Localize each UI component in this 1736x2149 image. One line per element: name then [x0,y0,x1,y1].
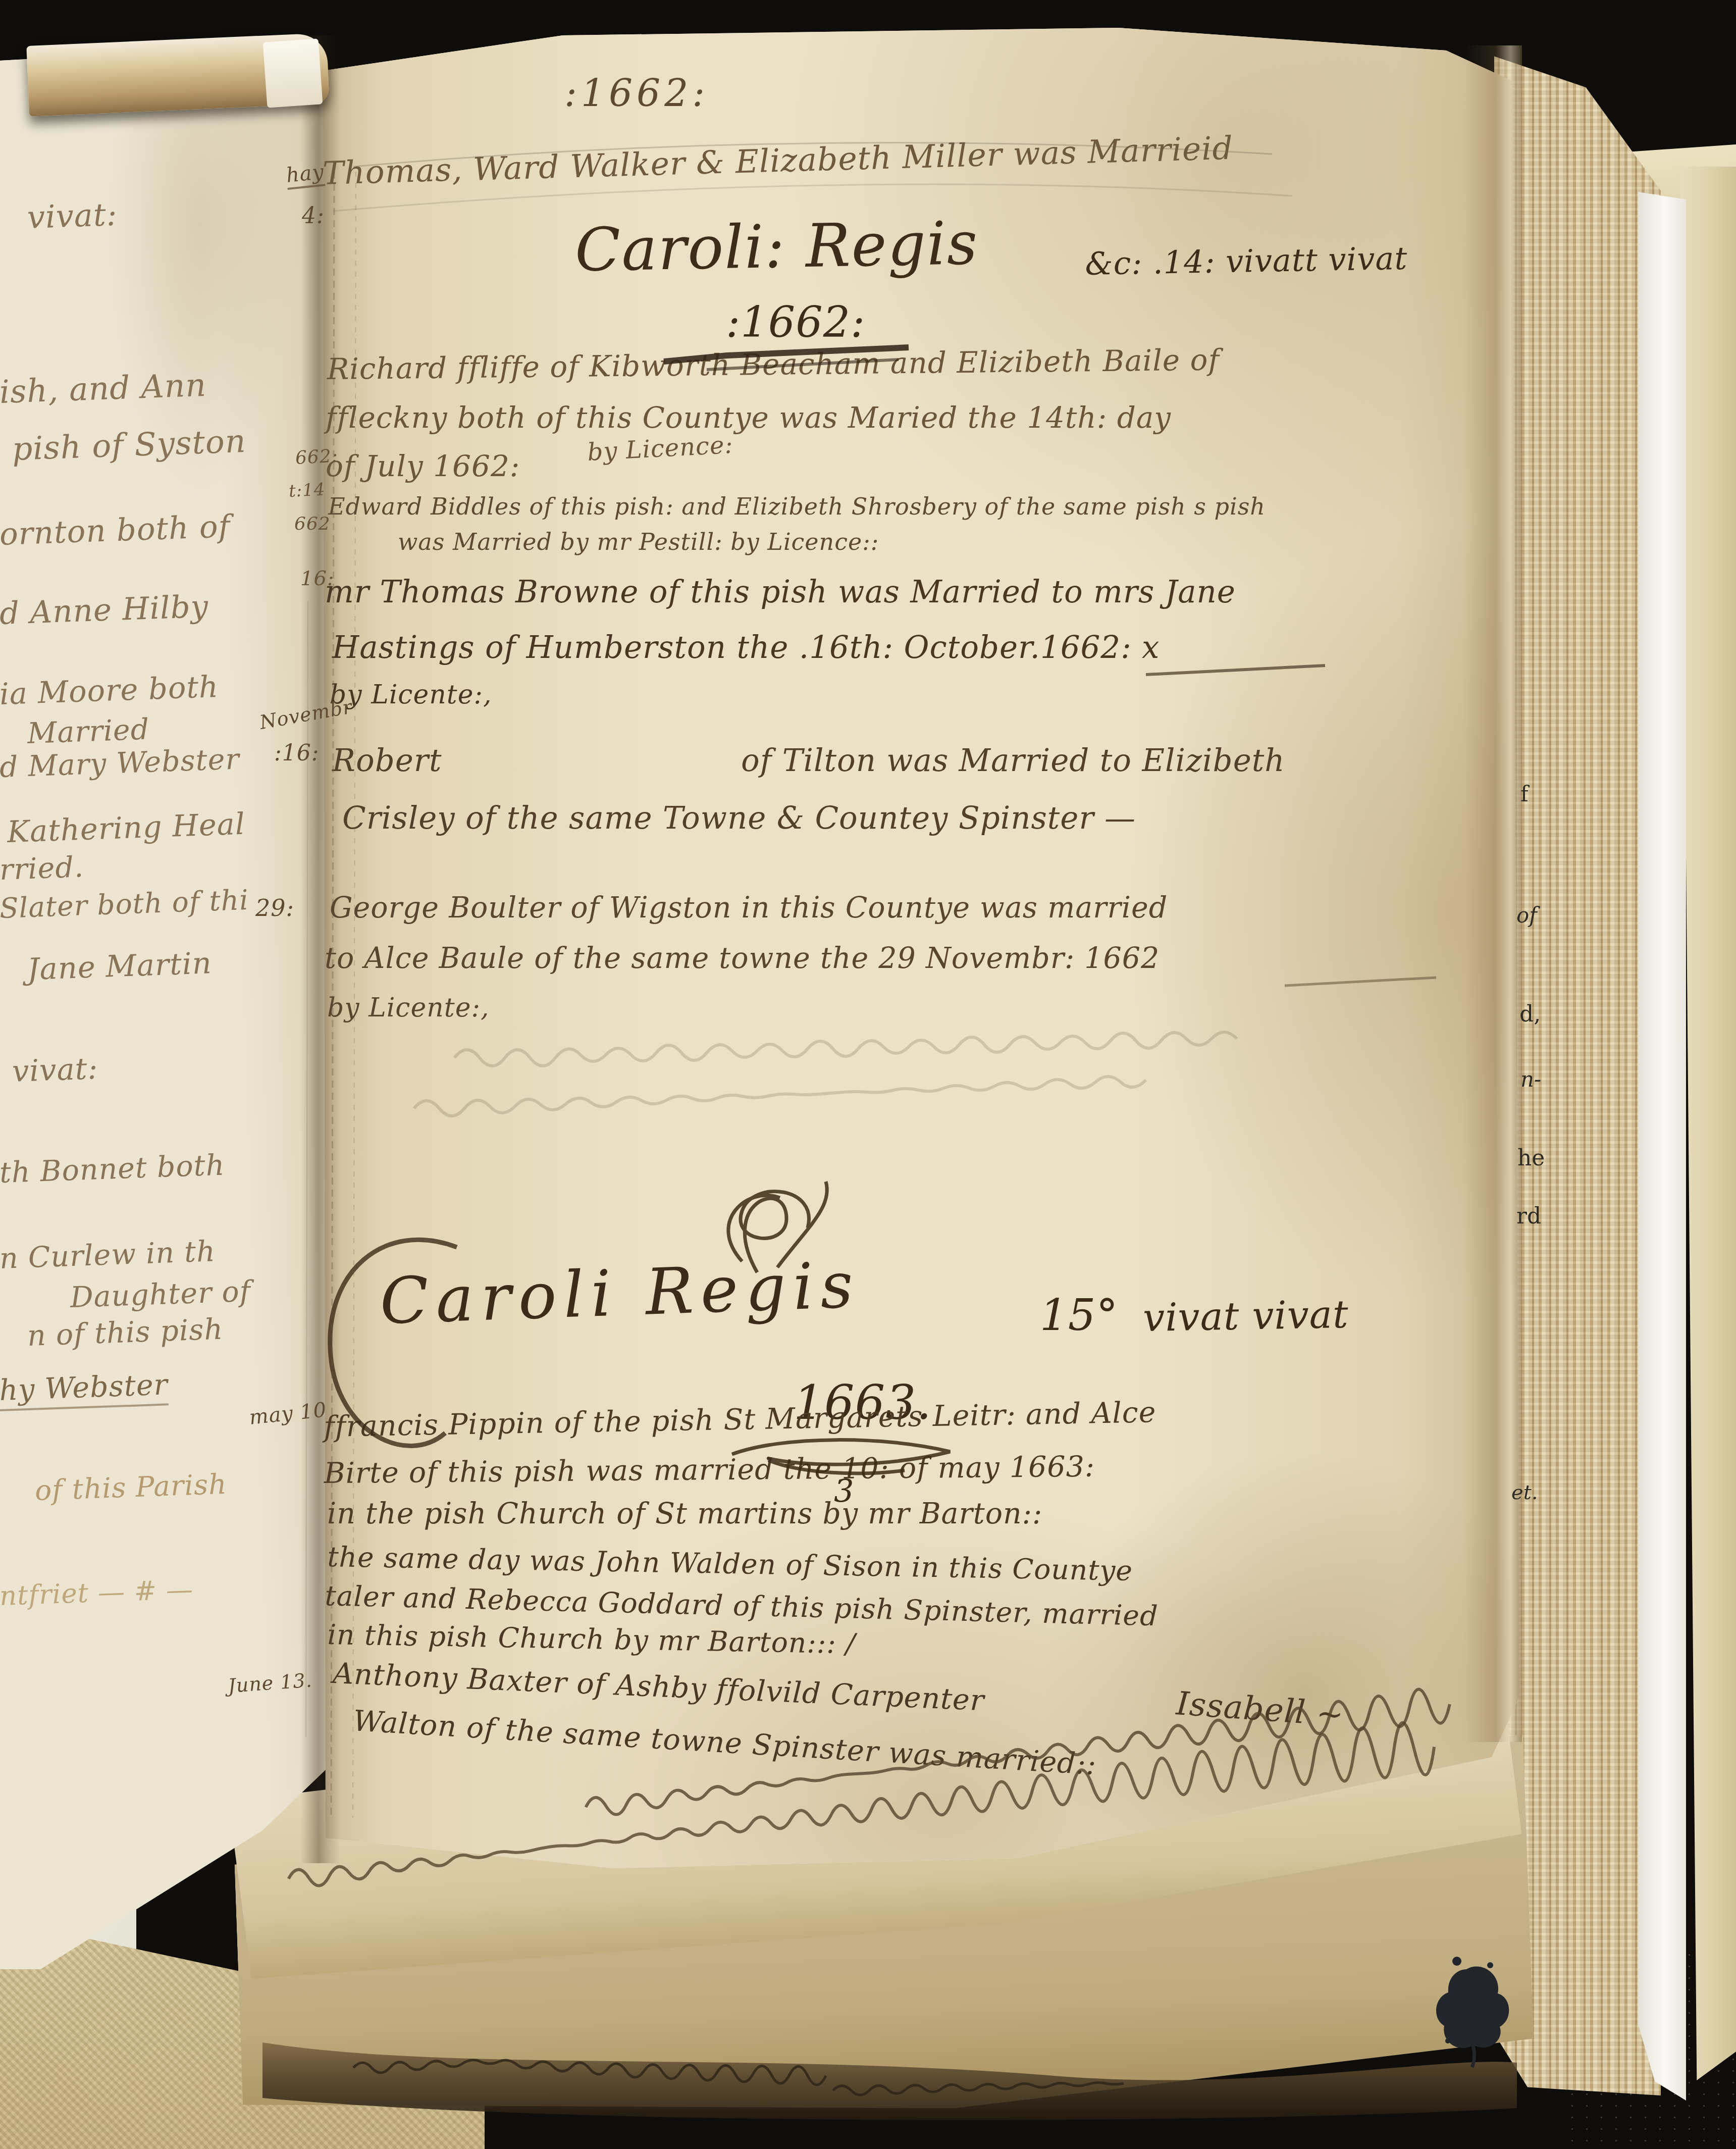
regnal-heading-title: Caroli Regis [379,1253,861,1334]
margin-note: 4: [302,205,325,227]
margin-note: 662 [294,515,331,533]
manuscript-line: to Alce Baule of the same towne the 29 N… [325,944,1160,973]
manuscript-line: Richard ffliffe of Kibworth Beacham and … [327,345,1220,384]
manuscript-line: ntfriet — # — [0,1576,194,1610]
manuscript-line: Issabell ~ [1175,1687,1345,1731]
manuscript-line: ia Moore both [0,672,219,709]
regnal-heading-acclaim: vivat vivat [1143,1295,1349,1337]
manuscript-line: Thomas, Ward Walker & Elizabeth Miller w… [322,132,1233,189]
manuscript-line: Crisley of the same Towne & Countey Spin… [342,803,1136,834]
manuscript-line: of Tilton was Married to Elizibeth [741,745,1285,776]
manuscript-line: n of this pish [27,1315,224,1351]
manuscript-line: by Licence: [587,433,733,465]
printed-fragment: d, [1519,1001,1541,1027]
manuscript-line: d Mary Webster [0,745,240,782]
manuscript-line: Robert [332,745,442,776]
manuscript-line: Daughter of [70,1277,251,1312]
regnal-heading-number: 15° [1040,1294,1118,1337]
support-card [1638,192,1686,2101]
manuscript-line: th Bonnet both [0,1151,225,1188]
manuscript-line: Slater both of thi [0,886,249,923]
right-page-text: :1662: Thomas, Ward Walker & Elizabeth M… [310,20,1522,1878]
manuscript-line: Kathering Heal [7,809,246,847]
manuscript-line: hy Webster [0,1370,169,1411]
manuscript-line: of this Parish [34,1470,227,1505]
manuscript-line: was Married by mr Pestill: by Licence:: [398,530,879,553]
manuscript-line: in the pish Church of St martins by mr B… [327,1500,1042,1528]
regnal-heading-title: Caroli: Regis [574,213,979,280]
manuscript-line: in this pish Church by mr Barton::: / [327,1621,856,1658]
manuscript-line: rried. [0,853,84,885]
margin-note: t:14 [288,481,326,500]
manuscript-line: ish, and Ann [0,369,207,408]
manuscript-line: by Licente:, [330,682,492,708]
margin-note: June 13. [227,1670,312,1696]
manuscript-line: Married [27,715,150,748]
regnal-heading-year: :1662: [726,301,865,343]
manuscript-line: Hastings of Humberston the .16th: Octobe… [332,632,1160,663]
manuscript-line: vivat: [27,199,118,233]
manuscript-line: of July 1662: [326,451,520,481]
manuscript-line: Birte of this pish was married the 10: o… [324,1453,1095,1488]
manuscript-line: ornton both of [0,511,231,550]
manuscript-line: George Boulter of Wigston in this County… [330,894,1168,923]
manuscript-line: n Curlew in th [0,1237,216,1273]
manuscript-line: Jane Martin [27,948,213,984]
cover-board-right-edge [1680,167,1736,2080]
printed-fragment: n- [1520,1067,1541,1092]
manuscript-line: Edward Biddles of this pish: and Elizibe… [328,495,1266,518]
manuscript-line: by Licente:, [327,995,489,1021]
manuscript-line: vivat: [12,1053,98,1086]
margin-note: :16: [274,742,320,764]
year-header: :1662: [564,75,709,112]
margin-note: hay [285,162,326,190]
manuscript-line: ffleckny both of this Countye was Maried… [326,403,1171,432]
manuscript-line: ffrancis Pippin of the pish St Margarets… [324,1398,1156,1442]
manuscript-line: Anthony Baxter of Ashby ffolvild Carpent… [332,1659,985,1715]
regnal-heading-suffix: &c: .14: vivatt vivat [1085,243,1408,280]
manuscript-photo: f of d, n- he rd et. vivat: ish, and Ann… [0,0,1736,2149]
manuscript-line: Walton of the same towne Spinster was ma… [352,1707,1097,1779]
manuscript-line: the same day was John Walden of Sison in… [327,1543,1133,1585]
margin-note: 29: [255,896,294,919]
manuscript-line: mr Thomas Browne of this pish was Marrie… [325,577,1236,607]
manuscript-line: pish of Syston [12,425,247,465]
manuscript-line: d Anne Hilby [0,591,209,629]
